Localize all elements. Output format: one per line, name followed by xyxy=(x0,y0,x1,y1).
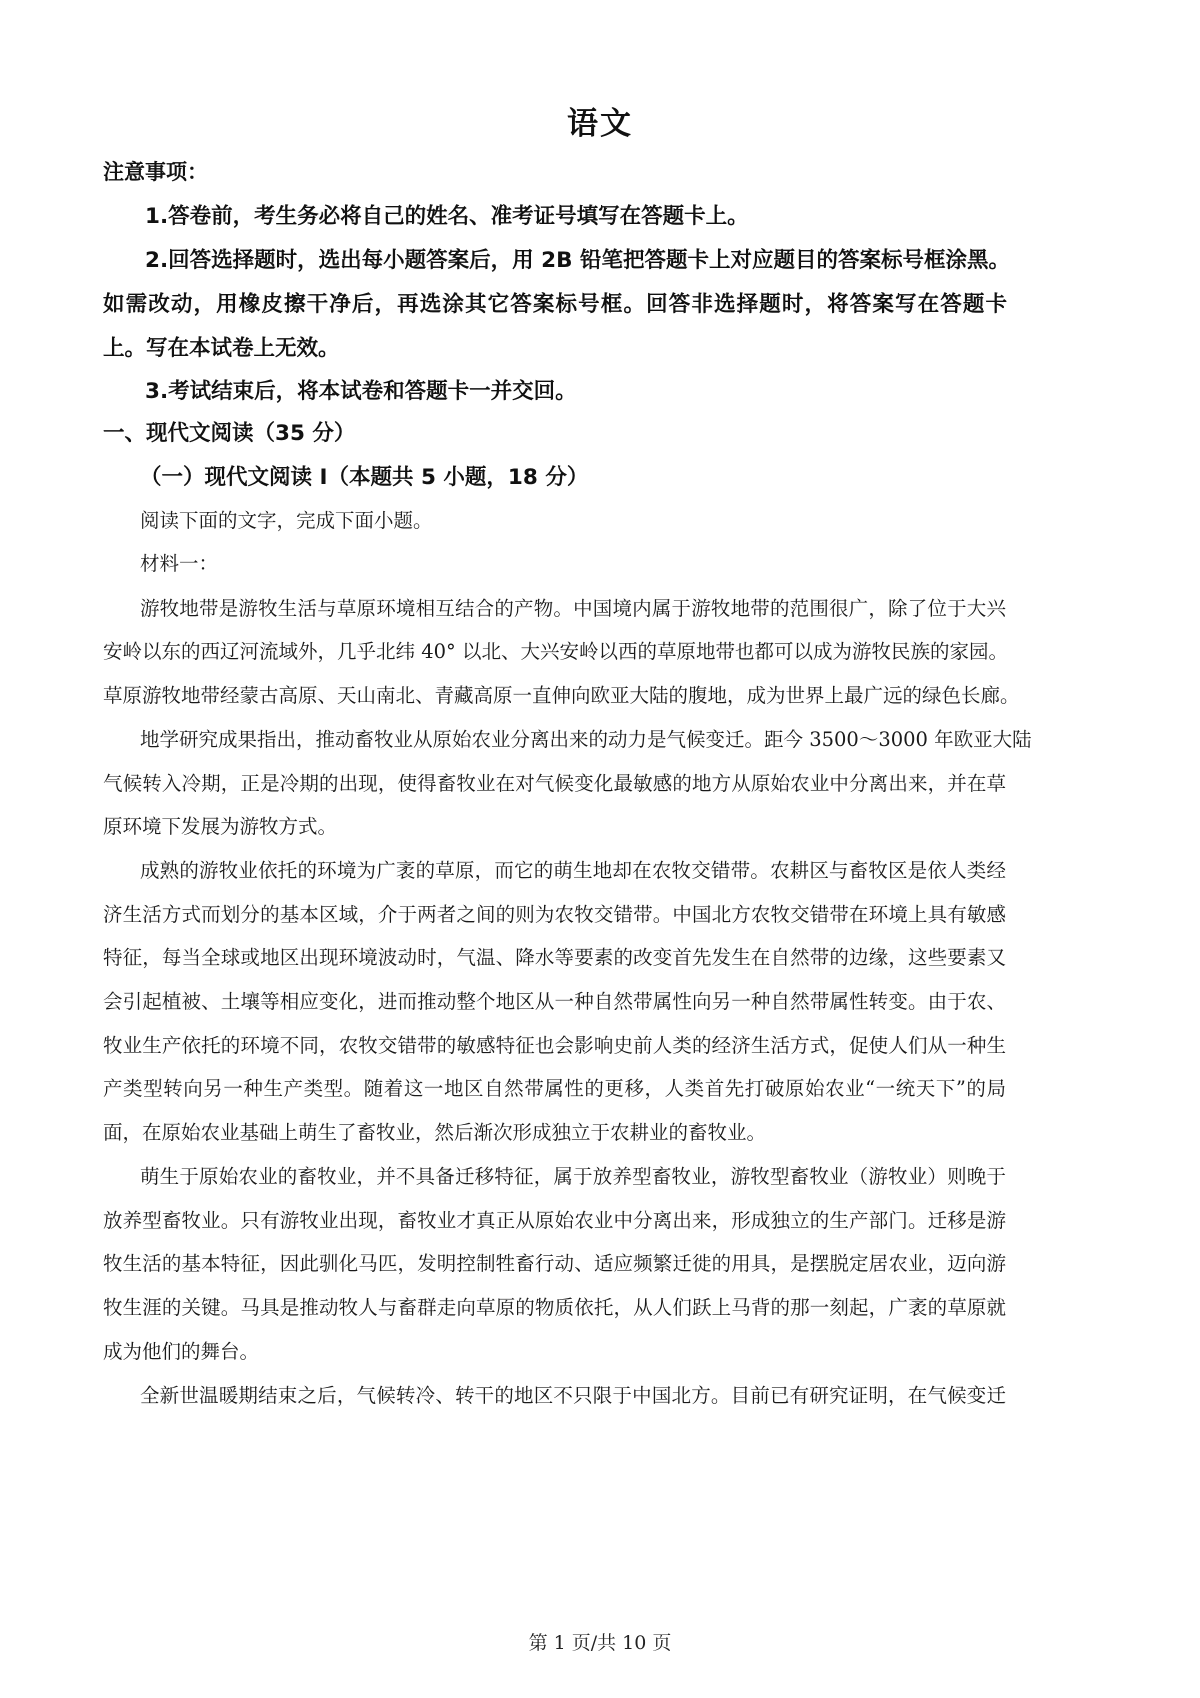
page-indicator: 第 1 页/共 10 页 xyxy=(0,1628,1200,1655)
paragraph-2-line-1: 地学研究成果指出，推动畜牧业从原始农业分离出来的动力是气候变迁。距今 3500～… xyxy=(140,724,1006,752)
paragraph-3-line-1: 成熟的游牧业依托的环境为广袤的草原，而它的萌生地却在农牧交错带。农耕区与畜牧区是… xyxy=(140,855,1006,883)
paragraph-3-line-7: 面，在原始农业基础上萌生了畜牧业，然后渐次形成独立于农耕业的畜牧业。 xyxy=(103,1117,766,1145)
paragraph-4-line-5: 成为他们的舞台。 xyxy=(103,1336,259,1364)
paragraph-4-line-3: 牧生活的基本特征，因此驯化马匹，发明控制牲畜行动、适应频繁迁徙的用具，是摆脱定居… xyxy=(103,1248,1006,1276)
paragraph-5-line-1: 全新世温暖期结束之后，气候转冷、转干的地区不只限于中国北方。目前已有研究证明，在… xyxy=(140,1380,1006,1408)
notice-item-2-line-3: 上。写在本试卷上无效。 xyxy=(103,331,340,362)
paragraph-3-line-3: 特征，每当全球或地区出现环境波动时，气温、降水等要素的改变首先发生在自然带的边缘… xyxy=(103,942,1006,970)
subsection-heading: （一）现代文阅读 I（本题共 5 小题，18 分） xyxy=(140,460,588,491)
notice-item-2-line-2: 如需改动，用橡皮擦干净后，再选涂其它答案标号框。回答非选择题时，将答案写在答题卡 xyxy=(103,287,1007,318)
exam-page: 语文 注意事项： 1.答卷前，考生务必将自己的姓名、准考证号填写在答题卡上。 2… xyxy=(0,0,1200,1698)
paragraph-3-line-4: 会引起植被、土壤等相应变化，进而推动整个地区从一种自然带属性向另一种自然带属性转… xyxy=(103,986,1006,1014)
paragraph-4-line-4: 牧生涯的关键。马具是推动牧人与畜群走向草原的物质依托，从人们跃上马背的那一刻起，… xyxy=(103,1292,1006,1320)
section-heading: 一、现代文阅读（35 分） xyxy=(103,416,355,447)
notice-item-3: 3.考试结束后，将本试卷和答题卡一并交回。 xyxy=(145,374,577,405)
paragraph-4-line-1: 萌生于原始农业的畜牧业，并不具备迁移特征，属于放养型畜牧业，游牧型畜牧业（游牧业… xyxy=(140,1161,1006,1189)
paragraph-1-line-1: 游牧地带是游牧生活与草原环境相互结合的产物。中国境内属于游牧地带的范围很广，除了… xyxy=(140,593,1006,621)
paragraph-2-line-2: 气候转入冷期，正是冷期的出现，使得畜牧业在对气候变化最敏感的地方从原始农业中分离… xyxy=(103,768,1006,796)
paragraph-1-line-3: 草原游牧地带经蒙古高原、天山南北、青藏高原一直伸向欧亚大陆的腹地，成为世界上最广… xyxy=(103,680,1006,708)
paragraph-4-line-2: 放养型畜牧业。只有游牧业出现，畜牧业才真正从原始农业中分离出来，形成独立的生产部… xyxy=(103,1205,1006,1233)
paragraph-3-line-6: 产类型转向另一种生产类型。随着这一地区自然带属性的更移，人类首先打破原始农业“一… xyxy=(103,1073,1006,1101)
notice-item-1: 1.答卷前，考生务必将自己的姓名、准考证号填写在答题卡上。 xyxy=(145,199,749,230)
paragraph-2-line-3: 原环境下发展为游牧方式。 xyxy=(103,811,337,839)
paragraph-3-line-5: 牧业生产依托的环境不同，农牧交错带的敏感特征也会影响史前人类的经济生活方式，促使… xyxy=(103,1030,1006,1058)
paragraph-3-line-2: 济生活方式而划分的基本区域，介于两者之间的则为农牧交错带。中国北方农牧交错带在环… xyxy=(103,899,1006,927)
material-label: 材料一： xyxy=(140,548,218,576)
paragraph-1-line-2: 安岭以东的西辽河流域外，几乎北纬 40° 以北、大兴安岭以西的草原地带也都可以成… xyxy=(103,636,1006,664)
page-title: 语文 xyxy=(0,98,1200,143)
reading-instruction: 阅读下面的文字，完成下面小题。 xyxy=(140,505,433,533)
notice-item-2-line-1: 2.回答选择题时，选出每小题答案后，用 2B 铅笔把答题卡上对应题目的答案标号框… xyxy=(145,243,1007,274)
notice-heading: 注意事项： xyxy=(103,156,208,186)
